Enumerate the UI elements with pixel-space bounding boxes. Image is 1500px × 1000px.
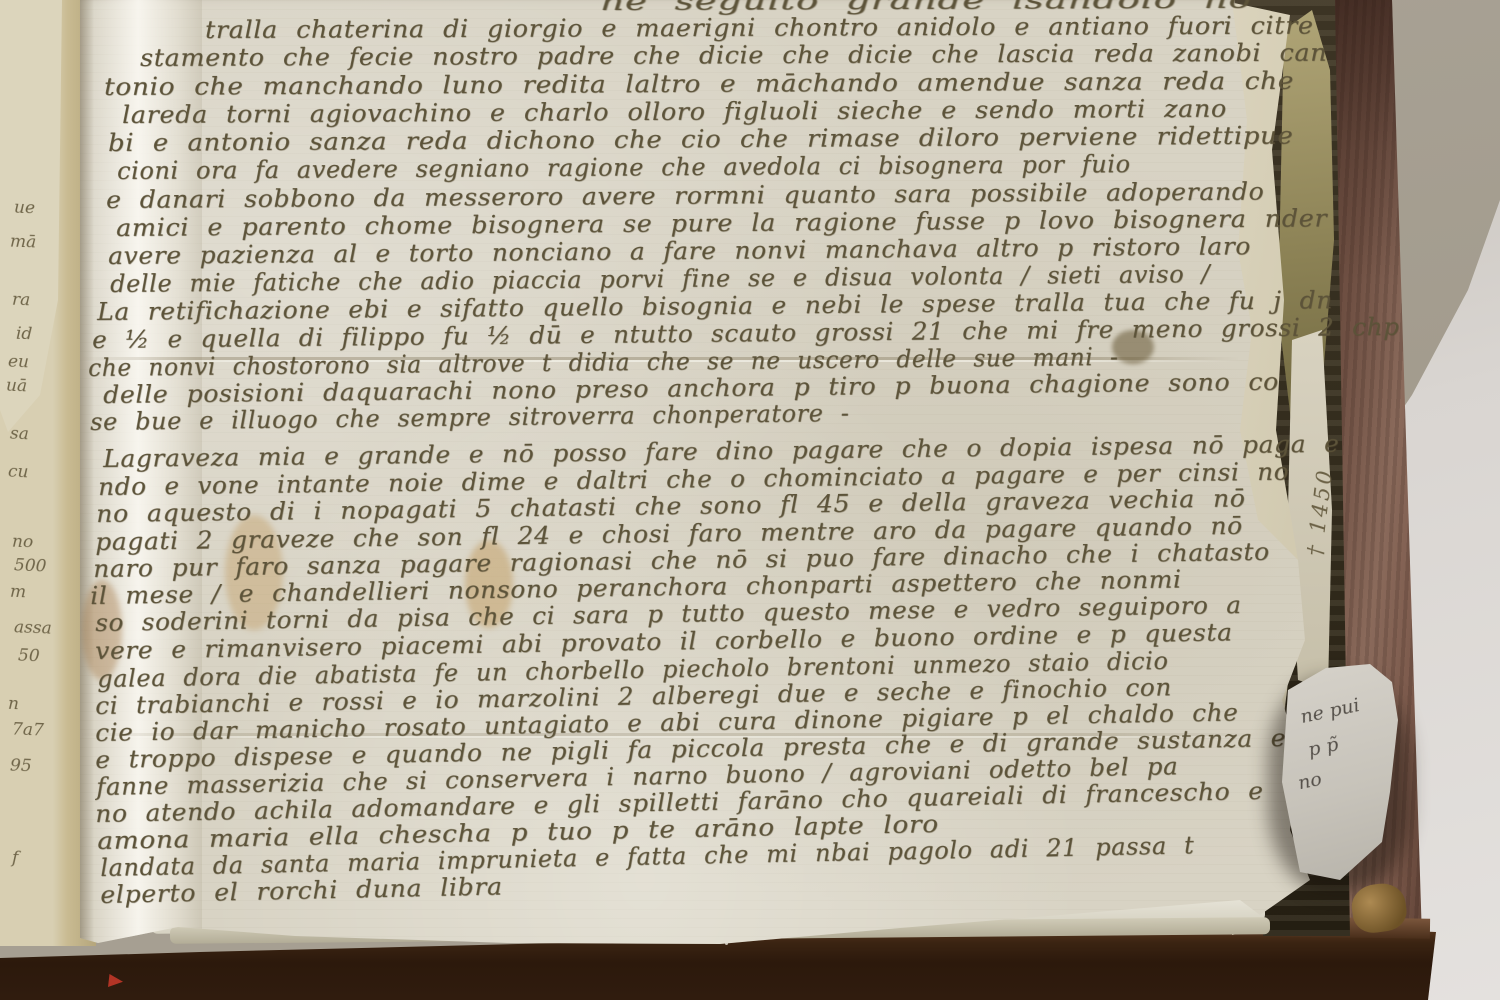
handwriting-layer: ne seguito grande isandolo notralla chat… xyxy=(0,0,1500,1000)
manuscript-photo-scene: † 1450 uemāraideuuāsacuno500massa50n7a79… xyxy=(0,0,1500,1000)
fragment-line: ne pui xyxy=(1298,694,1361,728)
fragment-line: p p̃ xyxy=(1306,733,1340,761)
fragment-line: no xyxy=(1296,768,1324,794)
